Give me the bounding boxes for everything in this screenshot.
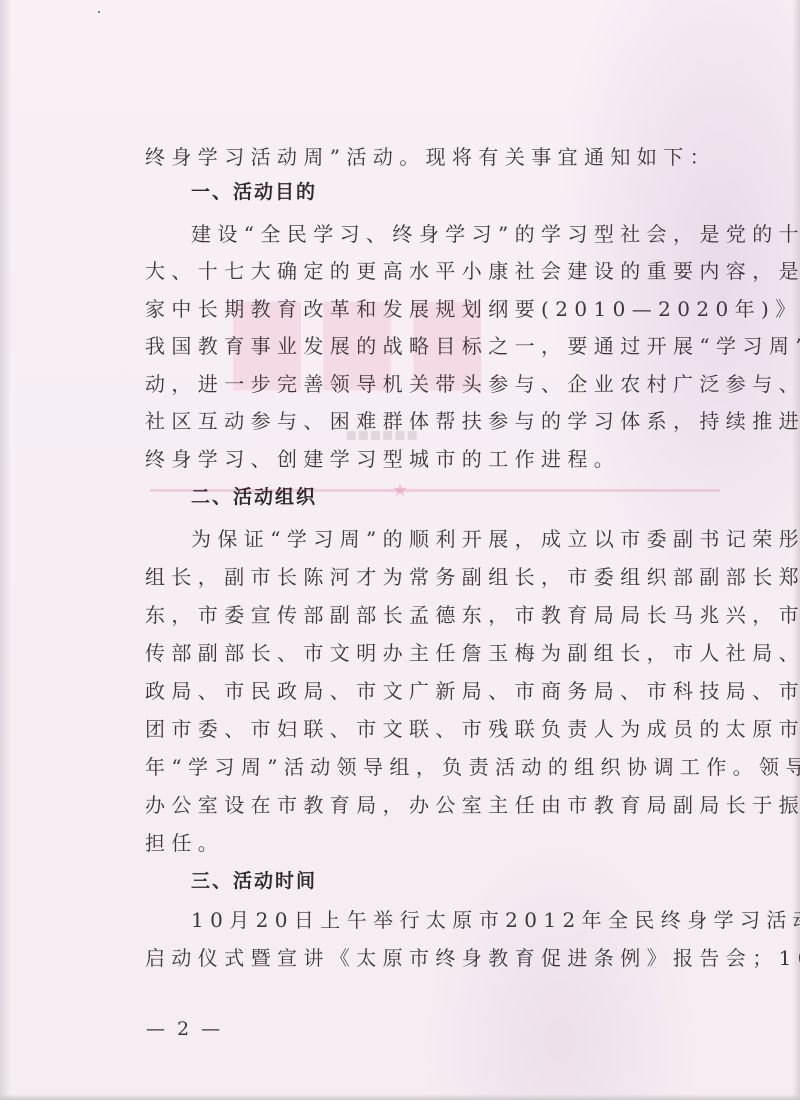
page-edge-left [0,0,12,1100]
body-line: 建设“全民学习、终身学习”的学习型社会，是党的十六 [191,219,800,249]
scanned-page: ▇▇▇ ▪▪▪▪▪▪ ★ 终身学习活动周”活动。现将有关事宜通知如下： 一、活动… [0,0,800,1100]
body-line: 政局、市民政局、市文广新局、市商务局、市科技局、市总工会、 [145,676,800,706]
body-line: 10月20日上午举行太原市2012年全民终身学习活动周 [191,905,800,935]
scan-speck [98,11,100,13]
page-edge-bottom [0,1094,800,1100]
body-line: 年“学习周”活动领导组，负责活动的组织协调工作。领导组 [145,752,800,782]
body-line: 为保证“学习周”的顺利开展，成立以市委副书记荣彤为 [191,524,800,554]
body-line: 终身学习活动周”活动。现将有关事宜通知如下： [145,142,716,172]
body-line: 终身学习、创建学习型城市的工作进程。 [145,444,620,474]
body-line: 组长，副市长陈河才为常务副组长，市委组织部副部长郑旭 [145,562,800,592]
body-line: 家中长期教育改革和发展规划纲要(2010—2020年)》提出的 [145,294,800,324]
body-line: 大、十七大确定的更高水平小康社会建设的重要内容，是《国 [145,256,800,286]
page-number: — 2 — [146,1016,223,1042]
body-line: 传部副部长、市文明办主任詹玉梅为副组长，市人社局、市财 [145,638,800,668]
body-line: 动，进一步完善领导机关带头参与、企业农村广泛参与、学校 [145,369,800,399]
section-heading-organization: 二、活动组织 [191,482,317,512]
section-heading-purpose: 一、活动目的 [191,177,317,207]
body-line: 启动仪式暨宣讲《太原市终身教育促进条例》报告会；10月20 [145,943,800,973]
body-line: 办公室设在市教育局，办公室主任由市教育局副局长于振龙 [145,790,800,820]
body-line: 担任。 [145,828,224,858]
body-line: 我国教育事业发展的战略目标之一，要通过开展“学习周”活 [145,331,800,361]
body-line: 团市委、市妇联、市文联、市残联负责人为成员的太原市2012 [145,714,800,744]
body-line: 社区互动参与、困难群体帮扶参与的学习体系，持续推进全民 [145,406,800,436]
section-heading-time: 三、活动时间 [191,866,317,896]
bleed-through-star-icon: ★ [392,480,408,501]
body-line: 东，市委宣传部副部长孟德东，市教育局局长马兆兴，市委宣 [145,600,800,630]
